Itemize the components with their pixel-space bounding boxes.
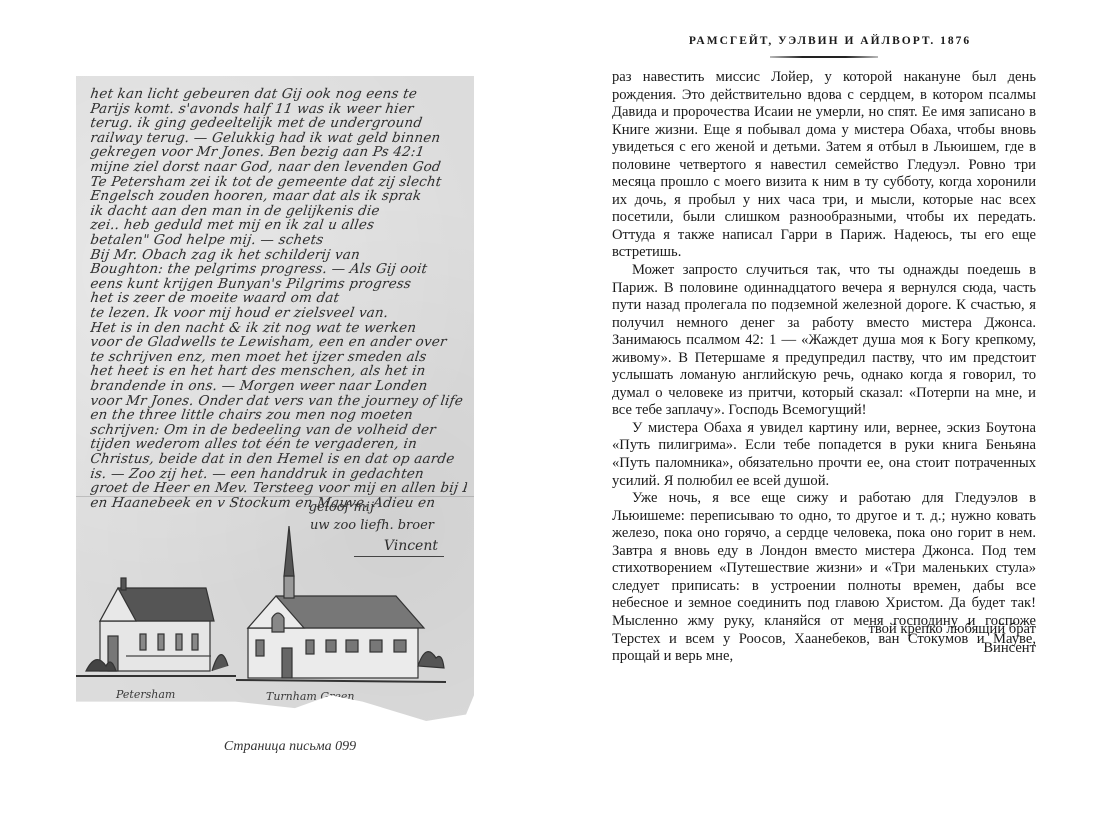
church-sketch xyxy=(76,516,474,716)
letter-facsimile: het kan licht gebeuren dat Gij ook nog e… xyxy=(76,76,474,721)
signature: Винсент xyxy=(612,640,1036,658)
paragraph: У мистера Обаха я увидел картину или, ве… xyxy=(612,420,1036,490)
running-head-rule xyxy=(770,56,878,58)
church-label-petersham: Petersham xyxy=(116,688,175,701)
paragraph: Может запросто случиться так, что ты одн… xyxy=(612,262,1036,420)
signature-line: geloof mij xyxy=(309,500,374,515)
closing-line: твой крепко любящий брат xyxy=(612,621,1036,639)
body-text: раз навестить миссис Лойер, у которой на… xyxy=(612,69,1036,666)
running-head: РАМСГЕЙТ, УЭЛВИН И АЙЛВОРТ. 1876 xyxy=(600,35,1060,47)
handwriting-line: en Haanebeek en v Stockum en Mauve. Adie… xyxy=(88,495,467,517)
paragraph: раз навестить миссис Лойер, у которой на… xyxy=(612,69,1036,262)
church-label-turnham-green: Turnham Green xyxy=(266,690,354,703)
figure-caption: Страница письма 099 xyxy=(200,739,380,755)
